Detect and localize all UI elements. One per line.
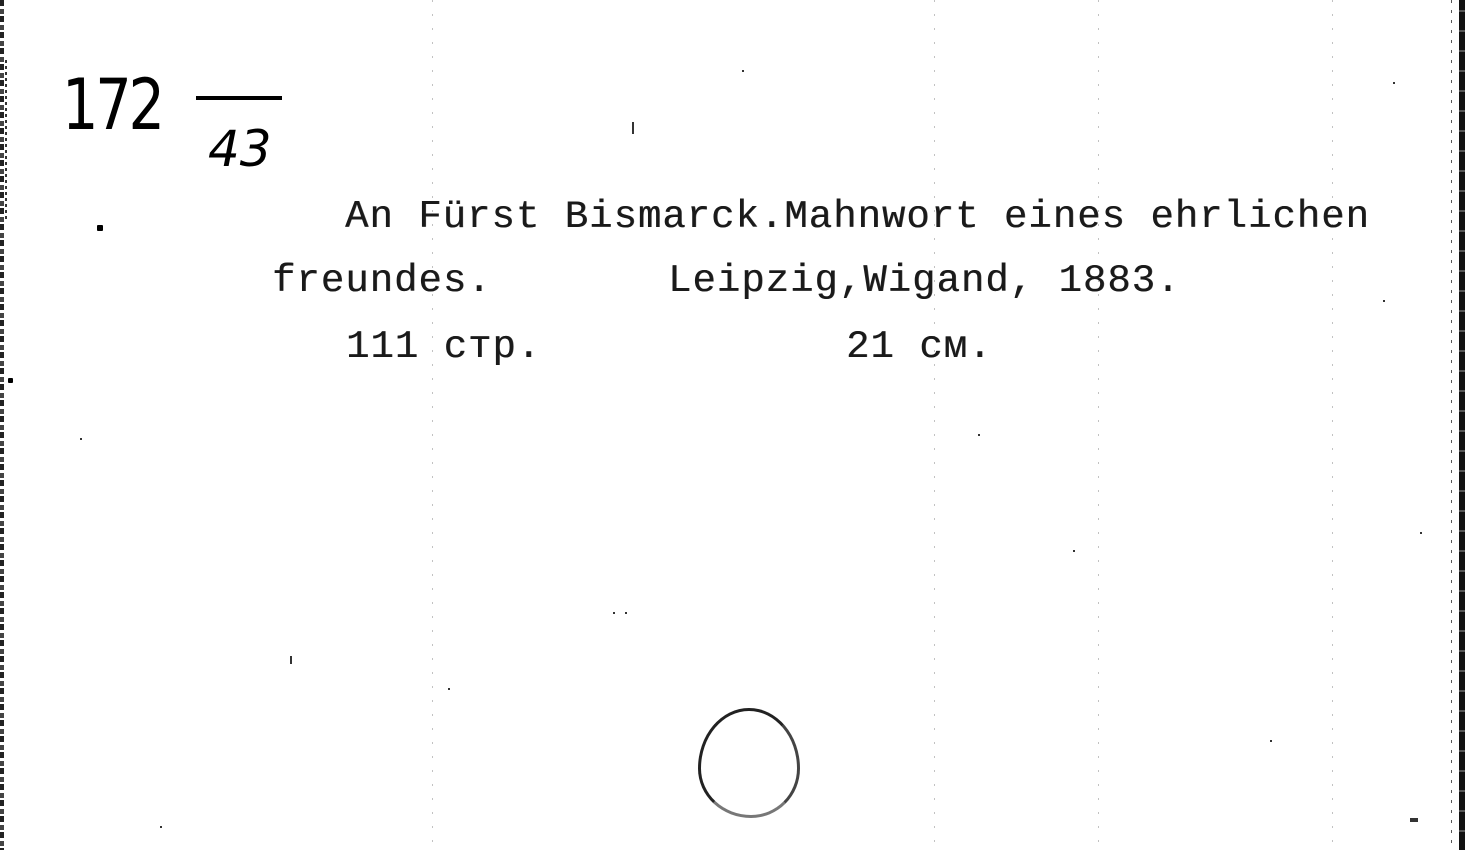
punch-hole — [698, 708, 800, 818]
scan-speck — [290, 656, 292, 664]
catalog-card: 172 43 An Fürst Bismarck.Mahnwort eines … — [0, 0, 1465, 850]
scan-guide-line — [432, 0, 433, 850]
scan-speck — [80, 438, 82, 440]
scan-speck — [1270, 740, 1272, 742]
scan-speck — [160, 826, 162, 828]
card-left-edge-shadow — [5, 60, 7, 220]
scan-speck — [742, 70, 744, 72]
pagination: 111 стр. — [346, 328, 541, 367]
scan-speck — [632, 122, 634, 134]
call-number-main: 172 — [62, 70, 162, 140]
scan-speck — [625, 612, 627, 614]
call-number-sub: 43 — [208, 124, 272, 174]
card-right-edge — [1459, 0, 1465, 850]
call-number-fraction-bar — [196, 96, 282, 100]
scan-speck — [978, 434, 980, 436]
scan-guide-line — [1332, 0, 1333, 850]
scan-guide-line — [1098, 0, 1099, 850]
card-left-edge — [0, 0, 4, 850]
title-line-1: An Fürst Bismarck.Mahnwort eines ehrlich… — [345, 198, 1370, 237]
scan-speck — [1393, 82, 1395, 84]
scan-speck — [1420, 532, 1422, 534]
title-line-2: freundes. — [272, 262, 492, 301]
scan-guide-line — [1451, 0, 1452, 850]
scan-speck — [1073, 550, 1075, 552]
scan-speck — [1383, 300, 1385, 302]
bullet-mark — [8, 378, 13, 383]
scan-speck — [613, 612, 615, 614]
scan-speck — [448, 688, 450, 690]
scan-guide-line — [934, 0, 935, 850]
scan-speck — [1410, 818, 1418, 822]
dimensions: 21 см. — [846, 328, 992, 367]
imprint: Leipzig,Wigand, 1883. — [668, 262, 1180, 301]
bullet-mark — [97, 225, 103, 231]
